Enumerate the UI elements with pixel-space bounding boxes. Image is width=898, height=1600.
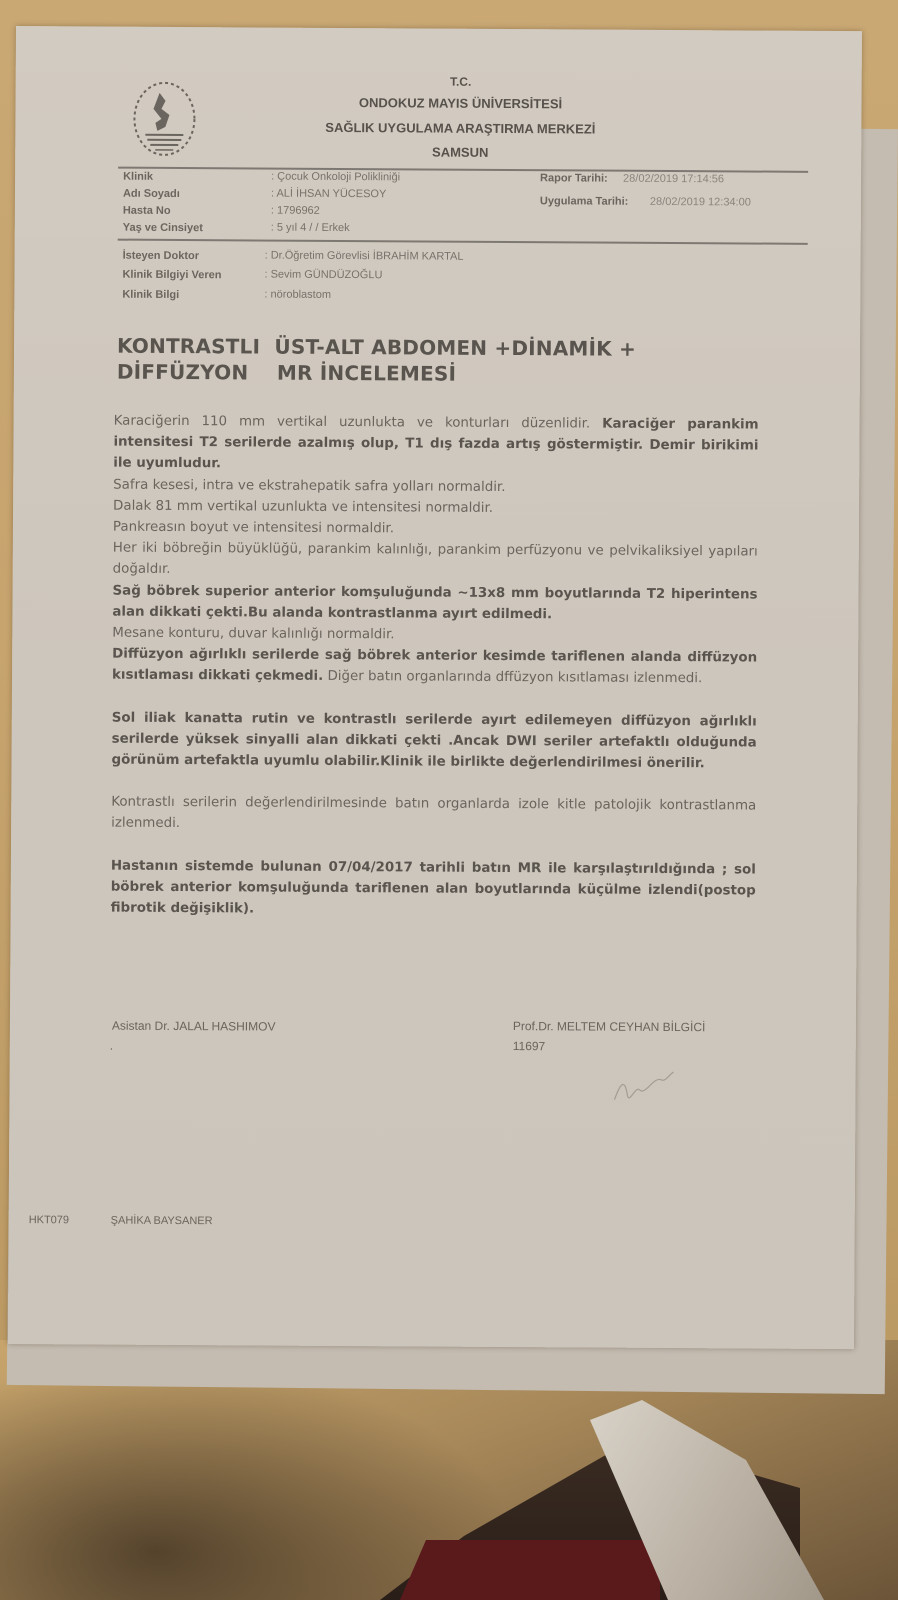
finding-comparison: Hastanın sistemde bulunan 07/04/2017 tar…	[111, 855, 756, 923]
finding-iliac: Sol iliak kanatta rutin ve kontrastlı se…	[111, 707, 756, 775]
assistant-signature-dot: .	[110, 1039, 113, 1053]
footer-name-1: ŞAHİKA BAYSANER	[111, 1215, 213, 1228]
report-title-line2: DİFFÜZYON MR İNCELEMESİ	[117, 359, 757, 389]
info-provider-label: Klinik Bilgiyi Veren	[122, 269, 221, 282]
header-university: ONDOKUZ MAYIS ÜNİVERSİTESİ	[210, 94, 710, 112]
handwritten-signature-icon	[609, 1066, 679, 1106]
requesting-doctor-value: : Dr.Öğretim Görevlisi İBRAHİM KARTAL	[265, 250, 464, 263]
header-center: SAĞLIK UYGULAMA ARAŞTIRMA MERKEZİ	[210, 119, 710, 137]
assistant-signature-name: Asistan Dr. JALAL HASHIMOV	[112, 1019, 276, 1034]
requesting-doctor-label: İsteyen Doktor	[123, 250, 199, 262]
patient-number-label: Hasta No	[123, 205, 171, 217]
finding-contrast: Kontrastlı serilerin değerlendirilmesind…	[111, 792, 756, 838]
finding-kidneys: Her iki böbreğin büyüklüğü, parankim kal…	[113, 538, 758, 584]
report-title: KONTRASTLI ÜST-ALT ABDOMEN +DİNAMİK + Dİ…	[117, 333, 757, 389]
patient-name-value: : ALİ İHSAN YÜCESOY	[271, 188, 386, 201]
header-city: SAMSUN	[210, 143, 710, 161]
patient-number-value: : 1796962	[271, 205, 320, 217]
klinik-label: Klinik	[123, 171, 153, 183]
red-object	[400, 1540, 660, 1600]
clinical-info-label: Klinik Bilgi	[122, 289, 179, 301]
report-document: T.C. ONDOKUZ MAYIS ÜNİVERSİTESİ SAĞLIK U…	[8, 26, 862, 1349]
footer-code-1: HKT079	[29, 1214, 69, 1226]
finding-liver-text: Karaciğerin 110 mm vertikal uzunlukta ve…	[114, 414, 603, 432]
report-body: Karaciğerin 110 mm vertikal uzunlukta ve…	[111, 411, 759, 923]
divider	[118, 239, 808, 245]
university-logo-icon	[131, 79, 197, 159]
finding-right-kidney: Sağ böbrek superior anterior komşuluğund…	[112, 580, 757, 626]
finding-diffusion: Diffüzyon ağırlıklı serilerde sağ böbrek…	[112, 644, 757, 690]
finding-liver: Karaciğerin 110 mm vertikal uzunlukta ve…	[113, 411, 758, 479]
professor-signature-name: Prof.Dr. MELTEM CEYHAN BİLGİCİ	[513, 1019, 706, 1034]
klinik-value: : Çocuk Onkoloji Polikliniği	[271, 171, 400, 184]
finding-diffusion-text: Diğer batın organlarında dffüzyon kısıtl…	[323, 669, 702, 686]
application-date-value: 28/02/2019 12:34:00	[650, 196, 751, 209]
age-gender-label: Yaş ve Cinsiyet	[123, 222, 203, 234]
report-title-line1: KONTRASTLI ÜST-ALT ABDOMEN +DİNAMİK +	[117, 333, 757, 363]
header-country: T.C.	[211, 73, 711, 90]
application-date-label: Uygulama Tarihi:	[540, 195, 629, 208]
divider	[118, 167, 808, 173]
clinical-info-value: : nöroblastom	[264, 289, 331, 301]
report-date-label: Rapor Tarihi:	[540, 172, 608, 184]
professor-id: 11697	[513, 1039, 546, 1053]
age-gender-value: : 5 yıl 4 / / Erkek	[271, 222, 350, 234]
info-provider-value: : Sevim GÜNDÜZOĞLU	[264, 269, 382, 282]
patient-name-label: Adı Soyadı	[123, 188, 180, 200]
report-date-value: 28/02/2019 17:14:56	[623, 173, 724, 186]
